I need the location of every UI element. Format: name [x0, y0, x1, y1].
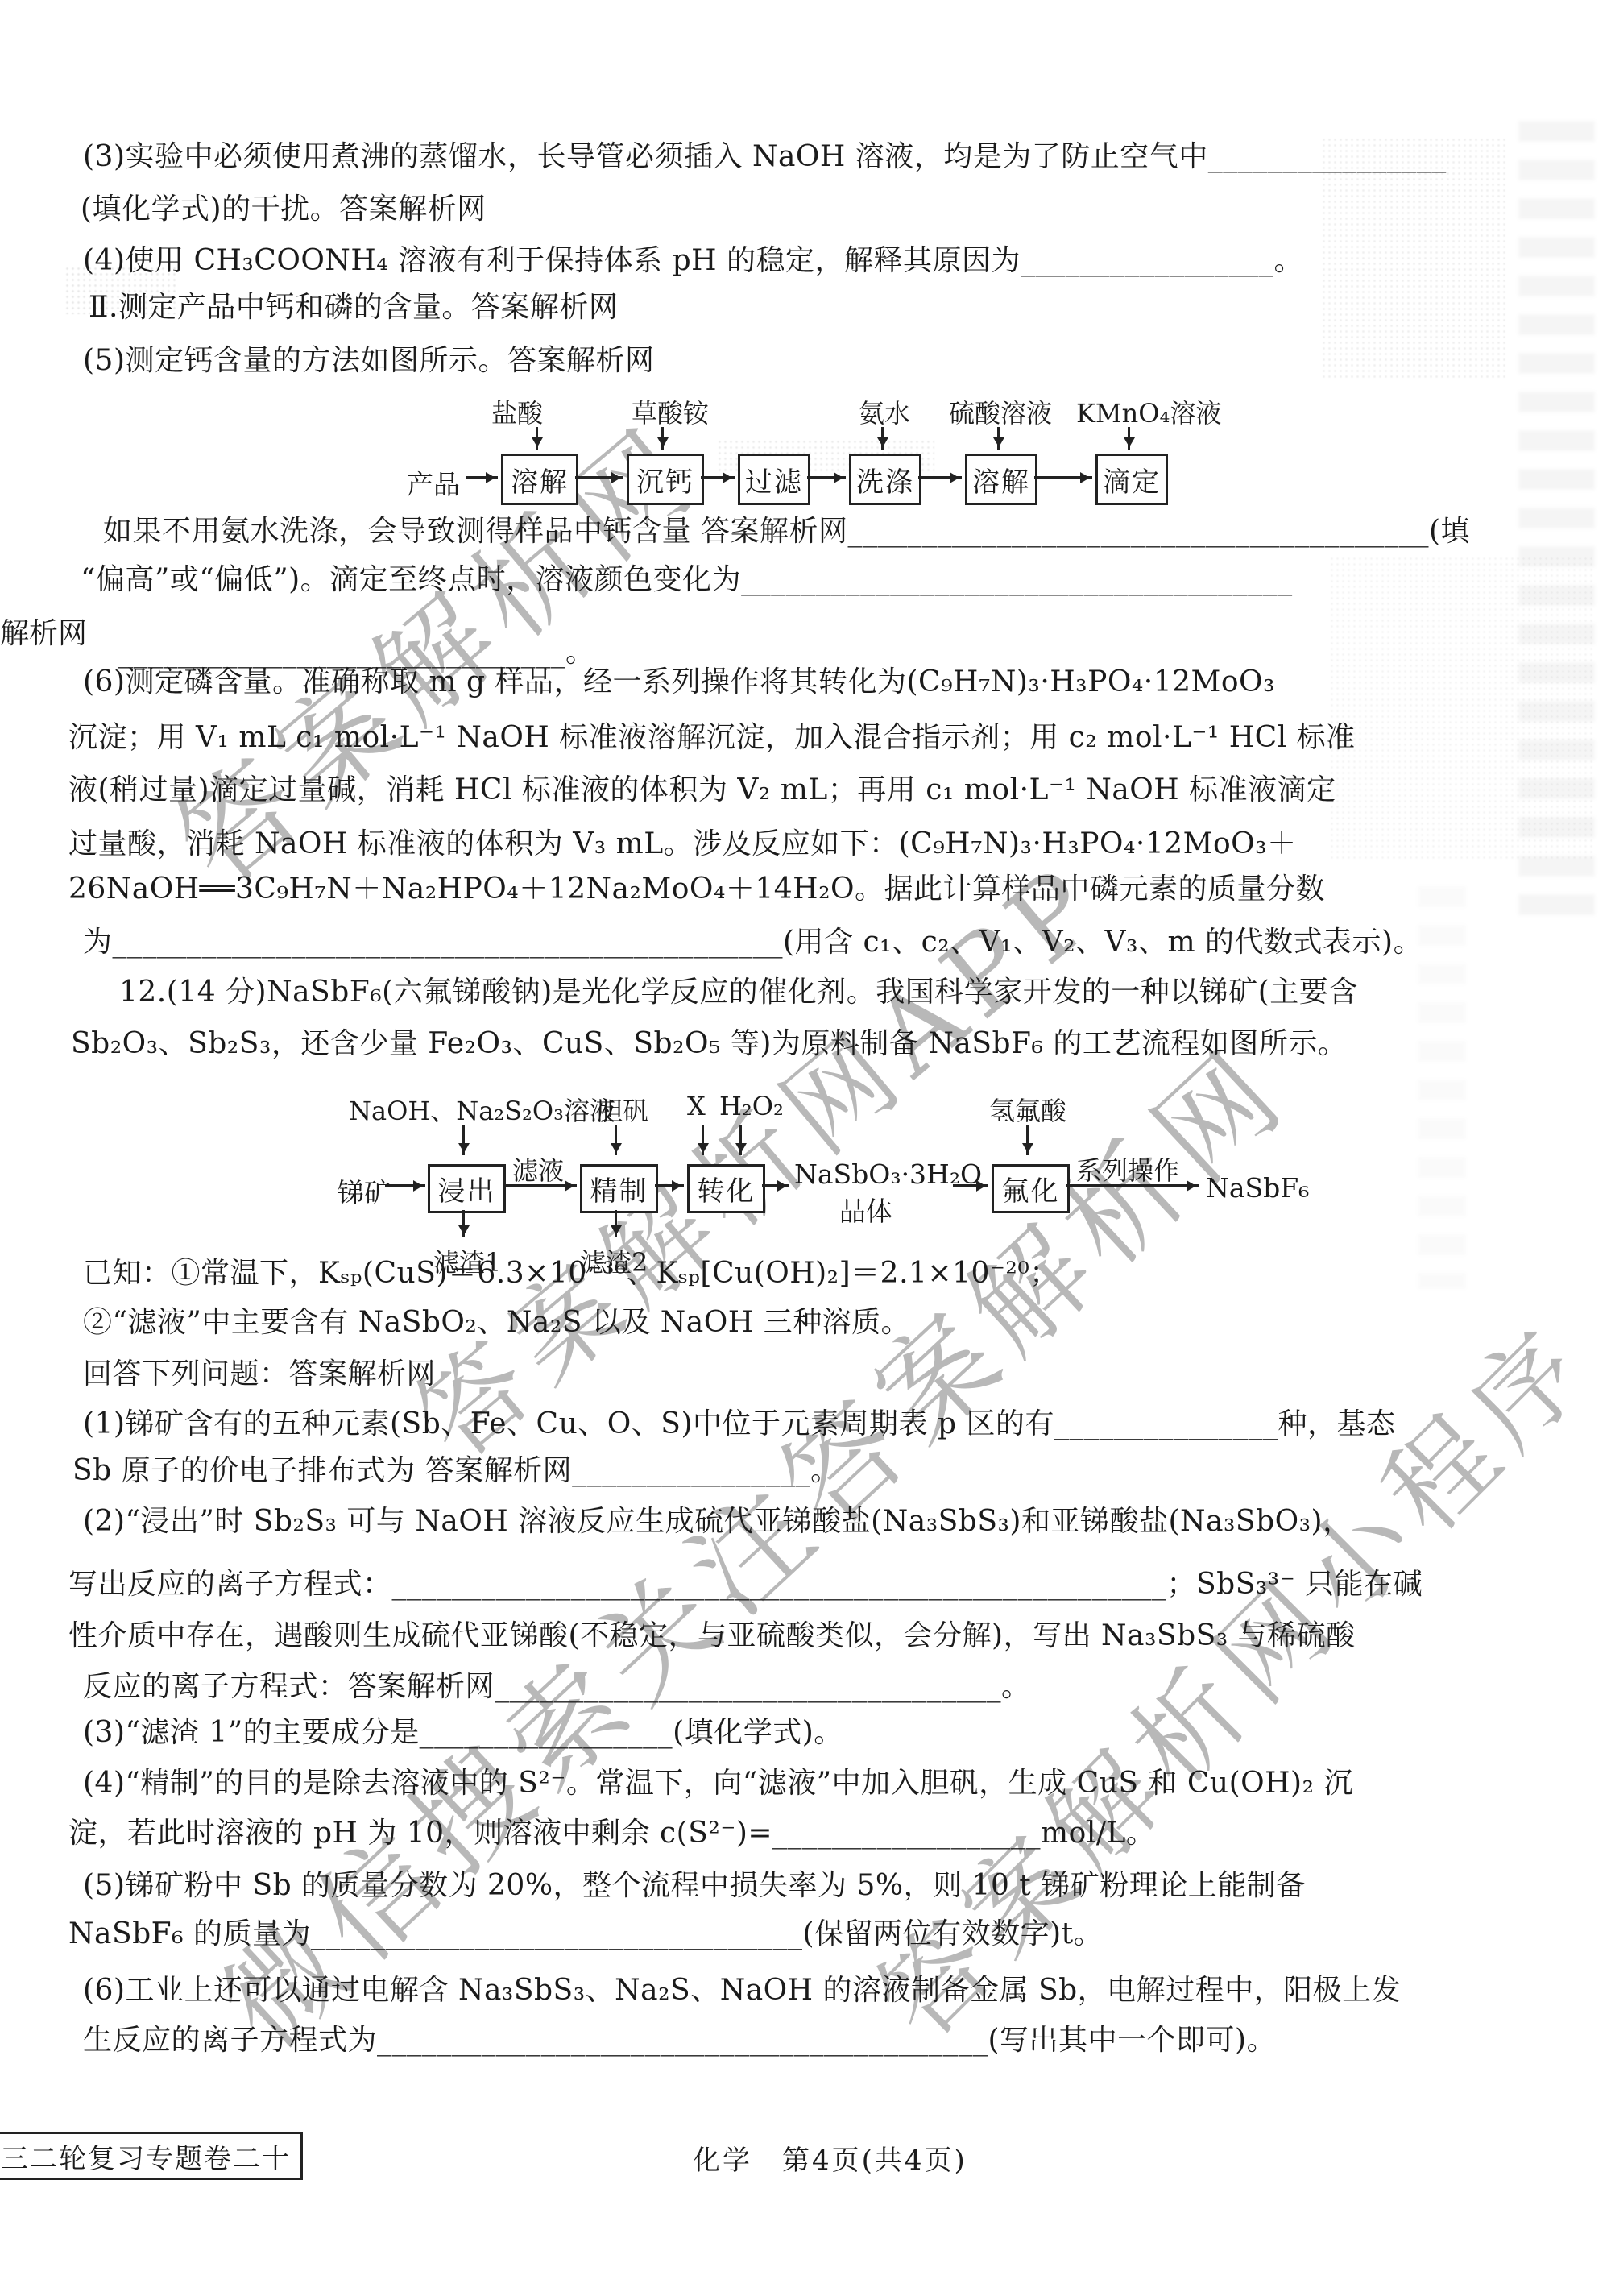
arrow-right-icon	[503, 1184, 577, 1187]
text-line: 液(稍过量)滴定过量碱，消耗 HCl 标准液的体积为 V₂ mL；再用 c₁ m…	[68, 769, 1336, 811]
arrow-down-icon	[997, 427, 1000, 450]
arrow-down-icon	[1026, 1125, 1029, 1155]
final-product: NaSbF₆	[1206, 1172, 1309, 1204]
arrow-right-icon	[575, 476, 623, 479]
series-operations-label: 系列操作	[1076, 1150, 1179, 1187]
arrow-right-icon	[762, 1184, 789, 1187]
arrow-right-icon	[918, 476, 962, 479]
intermediate-product: 晶体	[839, 1191, 892, 1229]
flow-step: 转化	[687, 1164, 765, 1213]
arrow-down-icon	[661, 427, 664, 450]
text-line: (4)使用 CH₃COONH₄ 溶液有利于保持体系 pH 的稳定，解释其原因为_…	[83, 240, 1303, 282]
flow-step: 滴定	[1095, 454, 1168, 505]
arrow-right-icon	[1066, 1184, 1199, 1187]
arrow-down-icon	[462, 1125, 465, 1155]
arrow-right-icon	[807, 476, 846, 479]
arrow-down-icon	[462, 1210, 465, 1237]
text-line: (4)“精制”的目的是除去溶液中的 S²⁻。常温下，向“滤液”中加入胆矾，生成 …	[83, 1763, 1353, 1805]
flow-step: 溶解	[965, 454, 1037, 505]
text-line: (1)锑矿含有的五种元素(Sb、Fe、Cu、O、S)中位于元素周期表 p 区的有…	[83, 1403, 1395, 1445]
arrow-right-icon	[701, 476, 735, 479]
flow-step: 氟化	[992, 1164, 1070, 1213]
arrow-right-icon	[953, 1184, 988, 1187]
flow-step: 浸出	[428, 1164, 506, 1213]
reagent-label: 草酸铵	[632, 393, 709, 430]
text-line: Sb₂O₃、Sb₂S₃，还含少量 Fe₂O₃、CuS、Sb₂O₅ 等)为原料制备…	[71, 1023, 1347, 1065]
arrow-down-icon	[615, 1210, 617, 1237]
text-line: Ⅱ.测定产品中钙和磷的含量。答案解析网	[89, 287, 618, 329]
flow-source: 锑矿	[338, 1172, 391, 1210]
text-line: NaSbF₆ 的质量为_____________________________…	[68, 1913, 1103, 1955]
flow-source: 产品	[407, 464, 460, 502]
text-line: (3)实验中必须使用煮沸的蒸馏水，长导管必须插入 NaOH 溶液，均是为了防止空…	[83, 136, 1447, 178]
flow-step: 洗涤	[849, 454, 921, 505]
reagent-label: 氢氟酸	[989, 1091, 1066, 1128]
arrow-down-icon	[739, 1125, 742, 1155]
text-line: 如果不用氨水洗涤，会导致测得样品中钙含量 答案解析网______________…	[103, 511, 1470, 553]
stream-label: 滤液	[512, 1150, 564, 1187]
flow-step: 过滤	[738, 454, 810, 505]
text-line: (3)“滤渣 1”的主要成分是_________________(填化学式)。	[83, 1712, 843, 1754]
arrow-down-icon	[1128, 427, 1130, 450]
bleedthrough-text-column	[1418, 886, 1466, 1289]
text-line: 26NaOH══3C₉H₇N＋Na₂HPO₄＋12Na₂MoO₄＋14H₂O。据…	[68, 868, 1325, 910]
reagent-label: 硫酸溶液	[949, 393, 1052, 430]
text-line: “偏高”或“偏低”)。滴定至终点时，溶液颜色变化为_______________…	[81, 559, 1293, 601]
watermark: 答案解析网APP	[379, 820, 1132, 1487]
text-line: 过量酸，消耗 NaOH 标准液的体积为 V₃ mL。涉及反应如下：(C₉H₇N)…	[68, 823, 1297, 865]
arrow-down-icon	[615, 1125, 617, 1155]
arrow-right-icon	[385, 1184, 425, 1187]
text-line: 淀，若此时溶液的 pH 为 10，则溶液中剩余 c(S²⁻)=_________…	[68, 1813, 1155, 1855]
reagent-label: X	[687, 1091, 706, 1121]
arrow-right-icon	[655, 1184, 684, 1187]
text-line: (5)测定钙含量的方法如图所示。答案解析网	[83, 340, 655, 382]
reagent-label: 胆矾	[597, 1091, 648, 1128]
exam-paper-page: 答案解析网 答案解析网APP 微信搜索关注答案解析网 答案解析网小程序 解析网 …	[0, 0, 1611, 2296]
text-line: 回答下列问题：答案解析网	[83, 1353, 436, 1395]
reagent-label: 氨水	[859, 393, 910, 430]
reagent-label: NaOH、Na₂S₂O₃溶液	[349, 1091, 615, 1128]
flow-step: 溶解	[501, 454, 578, 505]
margin-note: 解析网	[0, 611, 87, 652]
reagent-label: 盐酸	[491, 393, 543, 430]
arrow-down-icon	[702, 1125, 704, 1155]
text-line: (6)工业上还可以通过电解含 Na₃SbS₃、Na₂S、NaOH 的溶液制备金属…	[83, 1970, 1401, 2012]
reagent-label: KMnO₄溶液	[1076, 393, 1221, 430]
arrow-right-icon	[466, 476, 498, 479]
text-line: 为_______________________________________…	[83, 922, 1423, 964]
text-line: 生反应的离子方程式为______________________________…	[83, 2020, 1276, 2062]
scan-smudge	[1329, 556, 1595, 862]
text-line: 沉淀；用 V₁ mL c₁ mol·L⁻¹ NaOH 标准液溶解沉淀，加入混合指…	[68, 717, 1356, 759]
footer-volume-text: 三二轮复习专题卷二十	[1, 2136, 291, 2176]
reagent-label: H₂O₂	[719, 1091, 784, 1121]
flow-step: 沉钙	[627, 454, 704, 505]
text-line: 12.(14 分)NaSbF₆(六氟锑酸钠)是光化学反应的催化剂。我国科学家开发…	[119, 972, 1358, 1013]
text-line: 性介质中存在，遇酸则生成硫代亚锑酸(不稳定，与亚硫酸类似，会分解)，写出 Na₃…	[68, 1615, 1356, 1657]
text-line: ②“滤液”中主要含有 NaSbO₂、Na₂S 以及 NaOH 三种溶质。	[83, 1302, 910, 1344]
arrow-down-icon	[536, 427, 538, 450]
text-line: 反应的离子方程式：答案解析网__________________________…	[83, 1666, 1031, 1708]
text-line: (6)测定磷含量。准确称取 m g 样品，经一系列操作将其转化为(C₉H₇N)₃…	[83, 661, 1275, 703]
footer-page-number: 化学 第4页(共4页)	[693, 2138, 967, 2178]
text-line: (2)“浸出”时 Sb₂S₃ 可与 NaOH 溶液反应生成硫代亚锑酸盐(Na₃S…	[83, 1501, 1352, 1543]
footer-volume-label: 三二轮复习专题卷二十	[0, 2132, 303, 2180]
arrow-right-icon	[1034, 476, 1092, 479]
text-line: Sb 原子的价电子排布式为 答案解析网________________。	[72, 1450, 840, 1492]
flow-step: 精制	[580, 1164, 658, 1213]
bleedthrough-text-column	[1518, 121, 1595, 926]
arrow-down-icon	[881, 427, 884, 450]
text-line: 写出反应的离子方程式：_____________________________…	[68, 1564, 1423, 1606]
text-line: 已知：①常温下，Kₛₚ(CuS)＝6.3×10⁻³⁶、Kₛₚ[Cu(OH)₂]＝…	[83, 1253, 1059, 1295]
text-line: (填化学式)的干扰。答案解析网	[81, 189, 487, 230]
text-line: (5)锑矿粉中 Sb 的质量分数为 20%，整个流程中损失率为 5%，则 10 …	[83, 1865, 1306, 1907]
